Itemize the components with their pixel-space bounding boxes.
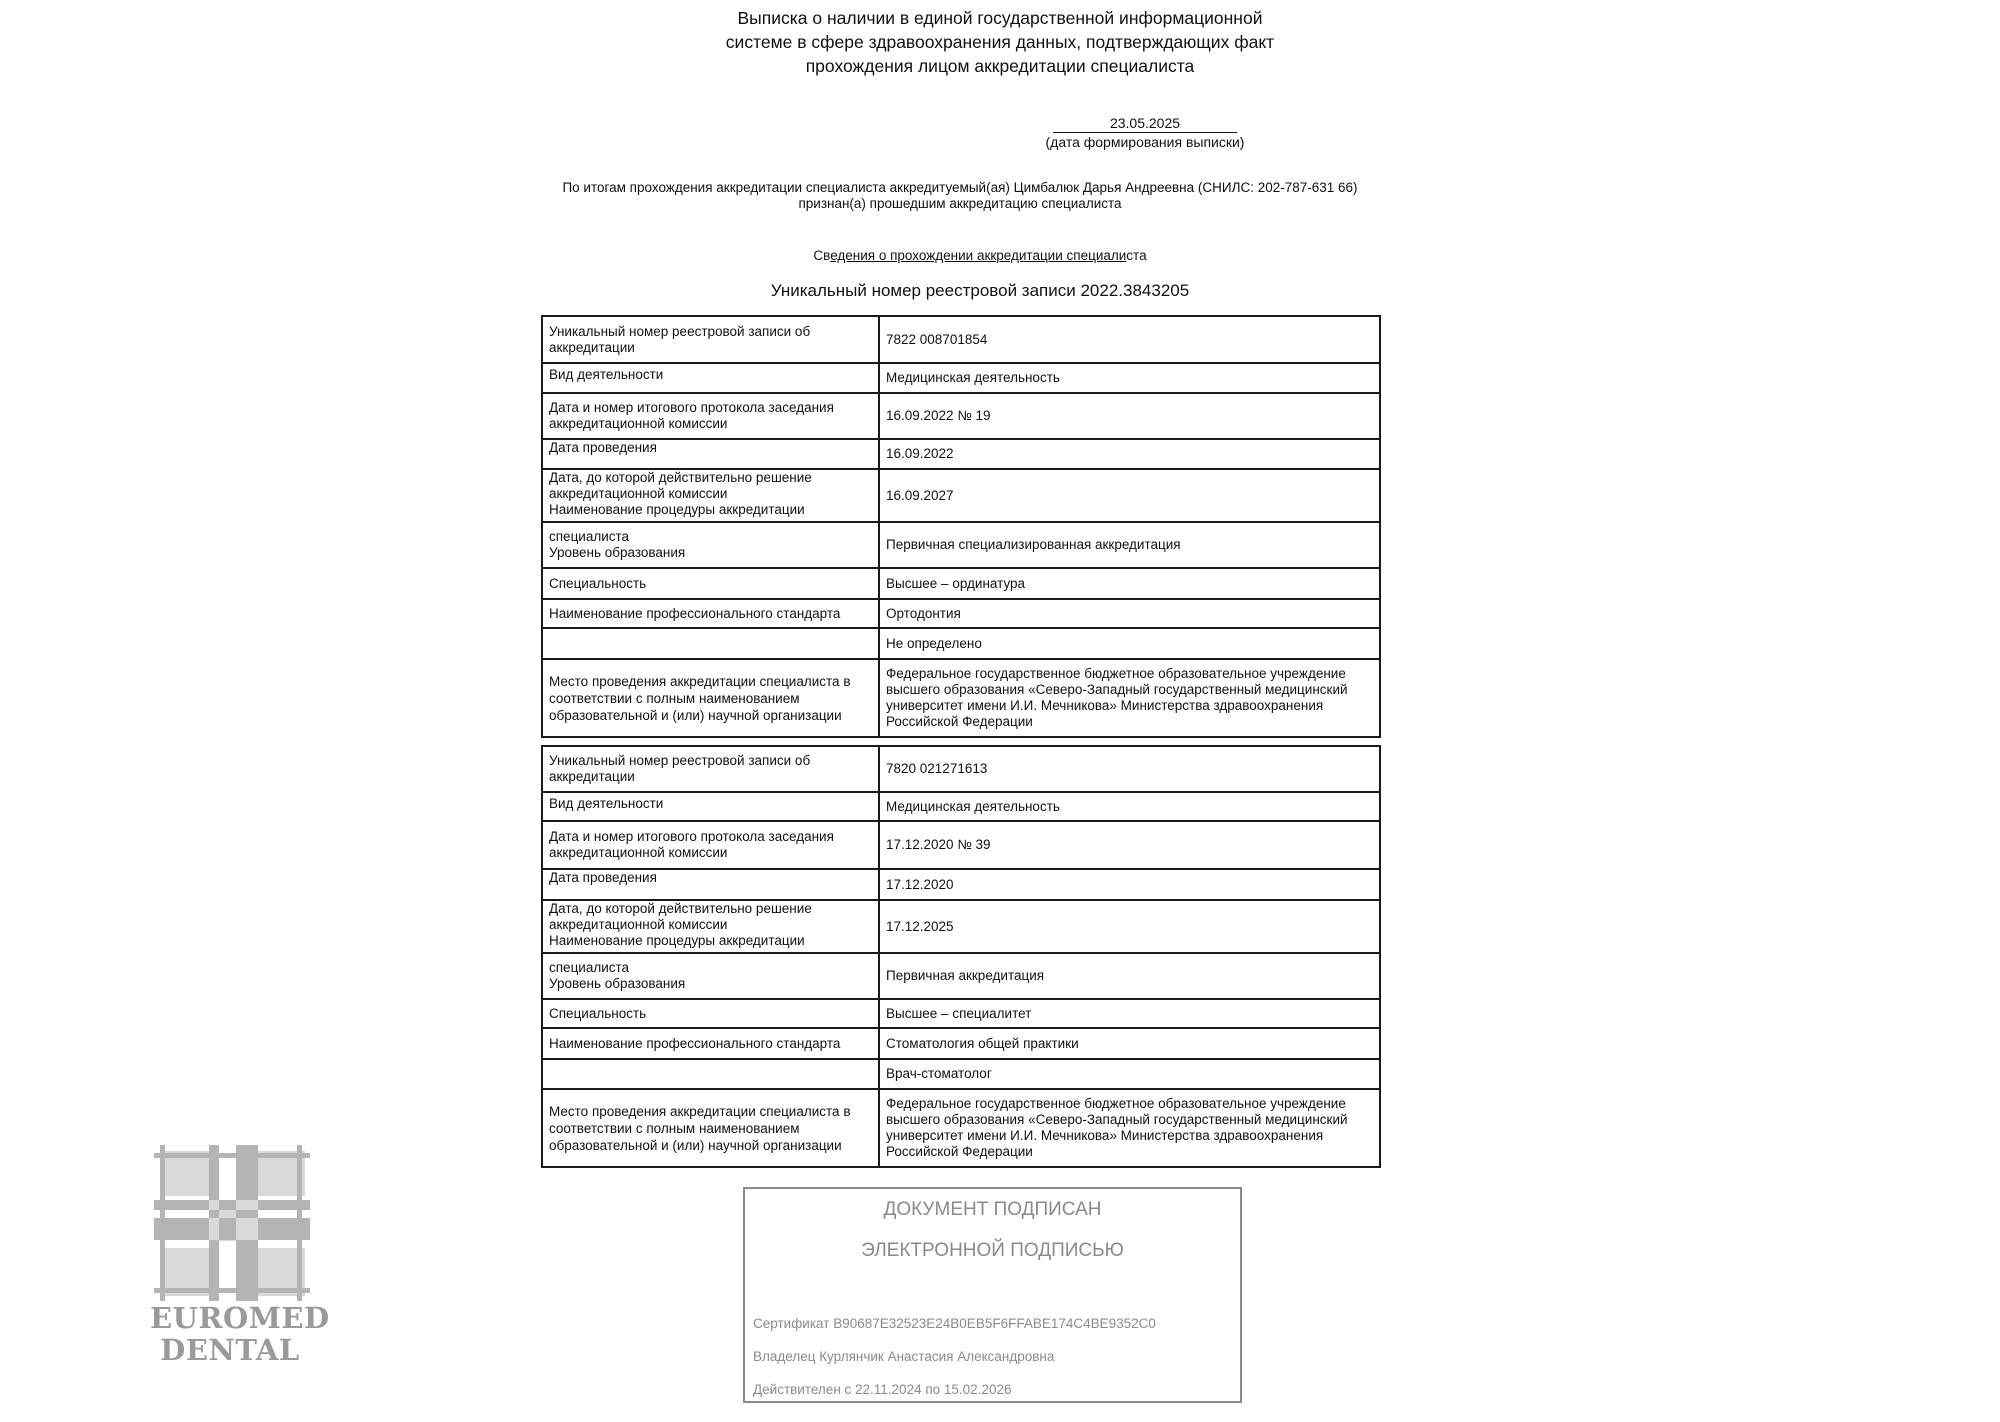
accreditation-table-2: Уникальный номер реестровой записи об ак…: [541, 745, 1381, 1168]
table-row: Специальность Высшее – ординатура: [542, 568, 1380, 599]
extract-date-block: 23.05.2025 (дата формирования выписки): [1040, 115, 1250, 152]
section-title: Сведения о прохождении аккредитации спец…: [700, 248, 1260, 263]
section-title-pre: Св: [813, 248, 830, 263]
value-held-date: 16.09.2022: [879, 439, 1380, 469]
value-prof-standard: Врач-стоматолог: [879, 1059, 1380, 1089]
table-row: Уникальный номер реестровой записи об ак…: [542, 746, 1380, 792]
label-valid-until-text: Дата, до которой действительно решение а…: [549, 470, 812, 501]
table-row: специалистаУровень образования Первичная…: [542, 522, 1380, 568]
table-row: Дата и номер итогового протокола заседан…: [542, 821, 1380, 869]
value-procedure: Первичная аккредитация: [879, 953, 1380, 999]
electronic-signature-stamp: ДОКУМЕНТ ПОДПИСАН ЭЛЕКТРОННОЙ ПОДПИСЬЮ С…: [743, 1187, 1242, 1403]
value-prof-standard: Не определено: [879, 628, 1380, 659]
value-place: Федеральное государственное бюджетное об…: [879, 1089, 1380, 1167]
table-row: Специальность Высшее – специалитет: [542, 999, 1380, 1028]
logo-text-line-1: EUROMED: [150, 1303, 310, 1333]
table-row: Дата, до которой действительно решение а…: [542, 469, 1380, 522]
table-row: Врач-стоматолог: [542, 1059, 1380, 1089]
value-valid-until: 17.12.2025: [879, 900, 1380, 953]
table-row: Вид деятельности Медицинская деятельност…: [542, 363, 1380, 393]
label-prof-standard: Наименование профессионального стандарта: [542, 1028, 879, 1059]
title-line: прохождения лицом аккредитации специалис…: [600, 54, 1400, 78]
value-education-level: Высшее – ординатура: [879, 568, 1380, 599]
extract-date-caption: (дата формирования выписки): [1040, 133, 1250, 152]
value-specialty: Ортодонтия: [879, 599, 1380, 628]
value-education-level: Высшее – специалитет: [879, 999, 1380, 1028]
value-valid-until: 16.09.2027: [879, 469, 1380, 522]
value-held-date: 17.12.2020: [879, 869, 1380, 900]
signature-heading-1: ДОКУМЕНТ ПОДПИСАН: [745, 1199, 1240, 1221]
signature-certificate: Сертификат B90687E32523E24B0EB5F6FFABE17…: [753, 1316, 1156, 1331]
value-activity: Медицинская деятельность: [879, 363, 1380, 393]
label-unique-number: Уникальный номер реестровой записи об ак…: [542, 316, 879, 363]
label-protocol: Дата и номер итогового протокола заседан…: [542, 821, 879, 869]
intro-line-2: признан(а) прошедшим аккредитацию специа…: [540, 196, 1380, 212]
euromed-dental-logo: EUROMED DENTAL: [150, 1140, 310, 1365]
intro-line-1: По итогам прохождения аккредитации специ…: [540, 180, 1380, 196]
title-line: Выписка о наличии в единой государственн…: [600, 6, 1400, 30]
label-specialty: Специальность: [542, 568, 879, 599]
label-unique-number: Уникальный номер реестровой записи об ак…: [542, 746, 879, 792]
section-title-underlined: едения о прохождении аккредитации специа…: [830, 248, 1126, 263]
table-row: Дата и номер итогового протокола заседан…: [542, 393, 1380, 439]
extract-date: 23.05.2025: [1053, 115, 1237, 133]
label-procedure: специалистаУровень образования: [542, 522, 879, 568]
label-procedure-part2: специалиста: [549, 960, 629, 975]
value-protocol: 17.12.2020 № 39: [879, 821, 1380, 869]
value-unique-number: 7820 021271613: [879, 746, 1380, 792]
value-place: Федеральное государственное бюджетное об…: [879, 659, 1380, 737]
title-line: системе в сфере здравоохранения данных, …: [600, 30, 1400, 54]
label-procedure-part1: Наименование процедуры аккредитации: [549, 502, 805, 517]
accreditation-table-1: Уникальный номер реестровой записи об ак…: [541, 315, 1381, 738]
signature-owner: Владелец Курлянчик Анастасия Александров…: [753, 1349, 1054, 1364]
table-row: Дата проведения 16.09.2022: [542, 439, 1380, 469]
label-education-level: Уровень образования: [549, 545, 685, 560]
label-empty: [542, 1059, 879, 1089]
table-row: Дата проведения 17.12.2020: [542, 869, 1380, 900]
label-valid-until: Дата, до которой действительно решение а…: [542, 469, 879, 522]
table-row: Не определено: [542, 628, 1380, 659]
table-row: Уникальный номер реестровой записи об ак…: [542, 316, 1380, 363]
label-protocol: Дата и номер итогового протокола заседан…: [542, 393, 879, 439]
table-row: Наименование профессионального стандарта…: [542, 1028, 1380, 1059]
signature-heading-2: ЭЛЕКТРОННОЙ ПОДПИСЬЮ: [745, 1240, 1240, 1262]
logo-text-line-2: DENTAL: [150, 1335, 310, 1365]
value-specialty: Стоматология общей практики: [879, 1028, 1380, 1059]
label-procedure-part2: специалиста: [549, 529, 629, 544]
plaid-cross-logo-icon: [152, 1143, 312, 1303]
label-activity: Вид деятельности: [542, 792, 879, 821]
label-procedure: специалистаУровень образования: [542, 953, 879, 999]
label-valid-until-text: Дата, до которой действительно решение а…: [549, 901, 812, 932]
signature-validity: Действителен с 22.11.2024 по 15.02.2026: [753, 1382, 1011, 1397]
value-protocol: 16.09.2022 № 19: [879, 393, 1380, 439]
document-title: Выписка о наличии в единой государственн…: [600, 6, 1400, 78]
label-held-date: Дата проведения: [542, 439, 879, 469]
table-row: Место проведения аккредитации специалист…: [542, 659, 1380, 737]
table-row: Вид деятельности Медицинская деятельност…: [542, 792, 1380, 821]
label-place: Место проведения аккредитации специалист…: [542, 1089, 879, 1167]
label-education-level: Уровень образования: [549, 976, 685, 991]
label-valid-until: Дата, до которой действительно решение а…: [542, 900, 879, 953]
label-specialty: Специальность: [542, 999, 879, 1028]
table-row: Наименование профессионального стандарта…: [542, 599, 1380, 628]
label-activity: Вид деятельности: [542, 363, 879, 393]
section-title-post: ста: [1126, 248, 1146, 263]
label-empty: [542, 628, 879, 659]
value-procedure: Первичная специализированная аккредитаци…: [879, 522, 1380, 568]
label-held-date: Дата проведения: [542, 869, 879, 900]
label-prof-standard: Наименование профессионального стандарта: [542, 599, 879, 628]
value-unique-number: 7822 008701854: [879, 316, 1380, 363]
value-activity: Медицинская деятельность: [879, 792, 1380, 821]
registry-number: Уникальный номер реестровой записи 2022.…: [700, 281, 1260, 301]
table-row: специалистаУровень образования Первичная…: [542, 953, 1380, 999]
label-place: Место проведения аккредитации специалист…: [542, 659, 879, 737]
table-row: Дата, до которой действительно решение а…: [542, 900, 1380, 953]
table-row: Место проведения аккредитации специалист…: [542, 1089, 1380, 1167]
intro-paragraph: По итогам прохождения аккредитации специ…: [540, 180, 1380, 212]
label-procedure-part1: Наименование процедуры аккредитации: [549, 933, 805, 948]
